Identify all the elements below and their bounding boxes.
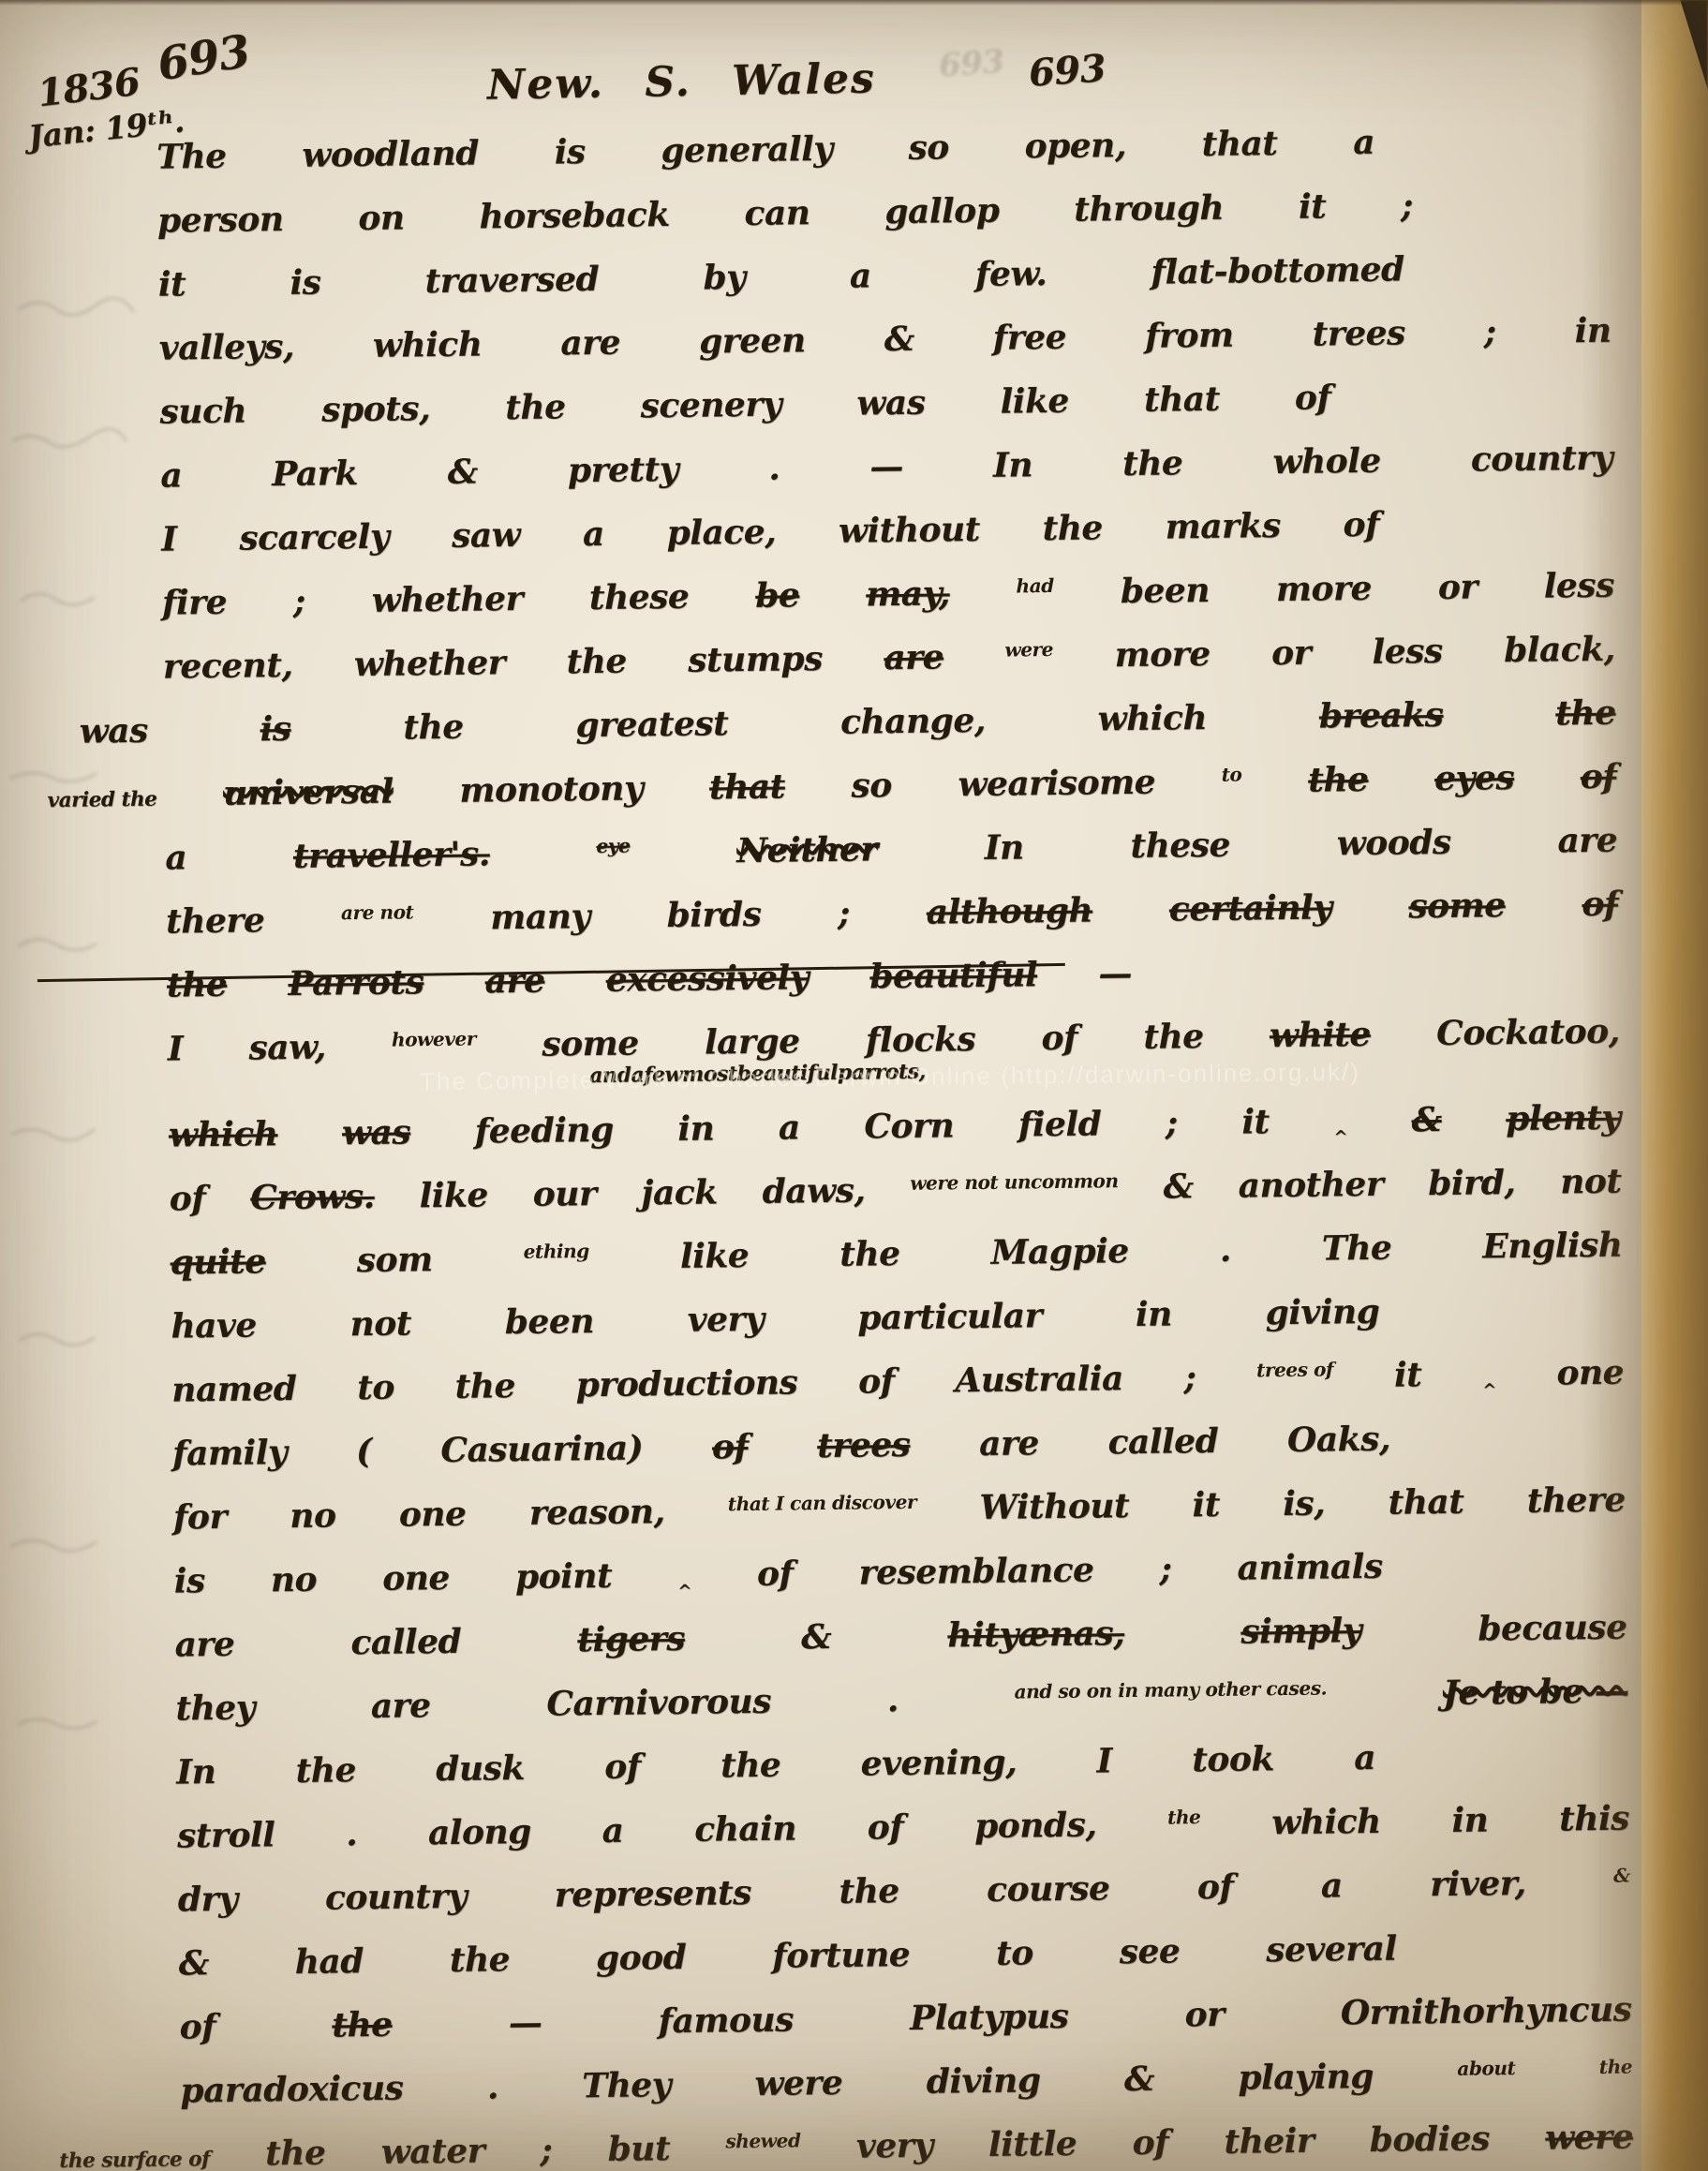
word: Oaks,	[1287, 1420, 1390, 1460]
word: Carnivorous	[546, 1682, 771, 1724]
word: The	[156, 137, 227, 177]
word: valleys,	[158, 327, 294, 368]
word: that	[1144, 379, 1220, 420]
word: of	[604, 1747, 641, 1786]
word: one	[399, 1494, 467, 1535]
word: Without	[979, 1486, 1129, 1527]
manuscript-photo: { "page": { "year": "1836", "folio_top":…	[0, 0, 1708, 2171]
word: which	[169, 1114, 278, 1154]
word: are	[371, 1686, 431, 1726]
word: ponds,	[974, 1806, 1097, 1847]
word: several	[1266, 1929, 1397, 1970]
word: .	[1219, 1230, 1231, 1270]
word: gallop	[884, 191, 1000, 231]
word: evening,	[860, 1743, 1017, 1784]
word: simply	[1240, 1611, 1361, 1652]
word: the	[505, 387, 566, 427]
word: were not uncommon	[910, 1169, 1119, 1195]
word: that	[1388, 1482, 1463, 1523]
word: white	[1270, 1015, 1371, 1055]
page-curve-shadow	[1582, 0, 1641, 2171]
word: the	[1042, 508, 1103, 548]
word: diving	[926, 2060, 1040, 2101]
word: tigers	[577, 1619, 685, 1659]
word: our	[533, 1174, 597, 1214]
word: no	[271, 1560, 318, 1600]
word: large	[705, 1021, 800, 1062]
word: had	[1016, 574, 1054, 597]
word: (	[356, 1432, 372, 1471]
word: very	[856, 2126, 933, 2166]
word: are	[884, 637, 943, 677]
word: named	[171, 1369, 297, 1410]
word: .	[487, 2067, 499, 2106]
word: change,	[840, 701, 986, 742]
word: green	[699, 320, 806, 361]
word: however	[392, 1028, 476, 1051]
word: or	[1184, 1995, 1224, 2035]
word: that	[709, 766, 785, 807]
word: and so on in many other cases.	[1014, 1676, 1327, 1703]
word: without	[839, 510, 980, 551]
word: person	[157, 200, 284, 241]
word: —	[509, 2003, 542, 2043]
word: is	[554, 132, 585, 171]
word: was	[79, 711, 148, 751]
word: through	[1074, 188, 1224, 230]
word: Australia	[955, 1359, 1123, 1400]
word: another	[1238, 1165, 1383, 1206]
word: In	[984, 827, 1024, 868]
word: ;	[293, 582, 305, 621]
word: in	[1451, 1800, 1488, 1839]
word: the	[332, 2005, 393, 2045]
word: took	[1192, 1739, 1274, 1779]
word: &	[884, 320, 914, 359]
word: birds	[666, 895, 761, 935]
word: in	[677, 1108, 714, 1148]
word: a	[1321, 1866, 1343, 1905]
word: open,	[1024, 126, 1126, 166]
word: these	[1130, 825, 1230, 866]
word: of	[712, 1427, 749, 1466]
word: little	[988, 2124, 1077, 2164]
word: it	[1241, 1102, 1270, 1141]
word: called	[350, 1622, 461, 1662]
word: playing	[1238, 2057, 1374, 2098]
word: their	[1224, 2121, 1314, 2162]
word: bird,	[1428, 1163, 1516, 1203]
word: place,	[666, 513, 776, 553]
word: fire	[162, 583, 228, 623]
word: very	[687, 1300, 764, 1340]
word: Platypus	[910, 1997, 1069, 2038]
word: can	[744, 193, 809, 233]
word: whether	[354, 643, 506, 684]
word: of	[170, 1179, 206, 1218]
word: traversed	[424, 260, 599, 301]
word: it	[158, 264, 186, 304]
word: paradoxicus	[180, 2069, 403, 2111]
word: that	[1201, 124, 1277, 164]
word: monotony	[459, 768, 644, 810]
word: point	[515, 1556, 613, 1597]
word: hityænas,	[947, 1613, 1124, 1655]
word: of	[1295, 378, 1331, 417]
word: of	[757, 1554, 794, 1593]
word: by	[703, 258, 746, 298]
word: saw,	[248, 1027, 326, 1067]
word: spots,	[321, 389, 430, 429]
word: many	[490, 897, 590, 937]
word: which	[1271, 1802, 1381, 1842]
word: it	[1394, 1355, 1422, 1394]
word: had	[294, 1941, 364, 1982]
word: chain	[694, 1808, 796, 1849]
word: .	[346, 1814, 358, 1853]
word: so	[851, 766, 892, 806]
word: was	[856, 383, 926, 424]
word: the	[450, 1940, 511, 1980]
word: the	[566, 642, 627, 682]
word: Park	[272, 454, 358, 494]
word: they	[175, 1688, 255, 1728]
word: good	[596, 1938, 687, 1978]
word: are not	[341, 900, 414, 924]
word: in	[1136, 1294, 1172, 1333]
word: to	[996, 1933, 1033, 1972]
word: productions	[575, 1362, 797, 1405]
word: these	[589, 577, 690, 617]
word: it	[1192, 1485, 1220, 1524]
word: stumps	[688, 639, 823, 680]
word: ;	[838, 894, 850, 933]
word: a	[583, 514, 604, 554]
word: to	[1222, 764, 1242, 786]
word: that I can discover	[728, 1491, 917, 1515]
word: field	[1018, 1104, 1102, 1144]
word: varied the	[47, 788, 156, 812]
word: like	[419, 1175, 488, 1215]
word: &	[178, 1943, 209, 1983]
word: breaks	[1319, 695, 1444, 736]
word: woodland	[302, 133, 479, 174]
word: certainly	[1169, 887, 1332, 929]
word: called	[1107, 1421, 1218, 1462]
word: trees	[817, 1425, 911, 1465]
word: jack	[641, 1172, 718, 1212]
word: course	[987, 1868, 1110, 1910]
word: They	[582, 2065, 671, 2105]
word: few.	[975, 254, 1047, 294]
word: which	[373, 324, 483, 364]
word: daws,	[762, 1170, 865, 1211]
word: the	[265, 2134, 326, 2171]
word: are	[174, 1625, 234, 1665]
word: so	[908, 127, 949, 168]
word: quite	[170, 1242, 266, 1282]
word: recent,	[163, 646, 293, 687]
word: of	[868, 1807, 904, 1847]
word: ;	[1401, 186, 1413, 225]
word: trees	[1312, 313, 1405, 353]
word: were	[754, 2063, 842, 2104]
word: one	[382, 1558, 450, 1599]
word: horseback	[479, 195, 670, 236]
word: is	[290, 263, 320, 303]
word: dry	[178, 1880, 238, 1920]
word: free	[993, 318, 1067, 358]
word: see	[1119, 1931, 1180, 1971]
word: ;	[1159, 1550, 1171, 1589]
word: flat-bottomed	[1151, 249, 1404, 291]
word: along	[428, 1812, 531, 1852]
word: &	[1124, 2059, 1155, 2099]
word: a	[165, 838, 186, 877]
word: are	[484, 961, 544, 1002]
word: trees of	[1256, 1358, 1333, 1381]
word: whole	[1272, 441, 1381, 482]
word: ;	[1166, 1103, 1178, 1142]
word: no	[290, 1495, 336, 1536]
word: traveller's.	[293, 834, 490, 876]
word: of	[858, 1361, 895, 1401]
word: a	[1353, 123, 1374, 162]
word: Corn	[864, 1106, 954, 1146]
word: Crows.	[250, 1177, 375, 1218]
word: &	[1411, 1100, 1442, 1139]
word: on	[358, 198, 405, 238]
word: or	[1438, 567, 1478, 607]
word: feeding	[475, 1110, 615, 1152]
word: &	[1163, 1167, 1194, 1206]
word: or	[1271, 633, 1311, 674]
ghost-folio-number: 693	[938, 43, 1005, 85]
word: ething	[523, 1240, 588, 1263]
word: stroll	[177, 1815, 275, 1855]
word: The	[1322, 1228, 1392, 1269]
word: ;	[1183, 1358, 1196, 1397]
word: In	[993, 445, 1033, 485]
word: such	[159, 391, 246, 431]
word: whether	[371, 579, 523, 620]
word: more	[1276, 569, 1372, 609]
book-page-edges	[1641, 0, 1708, 2171]
word: a	[1354, 1738, 1375, 1777]
word: of	[179, 2007, 215, 2046]
word: shewed	[725, 2129, 800, 2152]
word: Neither	[736, 829, 878, 870]
word: resemblance	[858, 1551, 1093, 1593]
word: fortune	[772, 1935, 910, 1976]
word: marks	[1165, 506, 1281, 547]
word: for	[173, 1497, 227, 1538]
word: like	[1000, 381, 1069, 422]
word: of	[1132, 2123, 1168, 2163]
word: was	[342, 1112, 411, 1152]
word: represents	[555, 1873, 752, 1915]
word: reason,	[529, 1492, 665, 1533]
word: were	[1004, 638, 1053, 662]
word: which	[1097, 698, 1207, 738]
word: country	[325, 1877, 468, 1918]
word: but	[607, 2129, 670, 2169]
word: the	[1308, 760, 1369, 800]
word: universal	[223, 772, 394, 813]
word: a	[160, 455, 182, 495]
word: are	[979, 1423, 1039, 1464]
word: particular	[857, 1296, 1042, 1337]
word: scenery	[640, 385, 781, 426]
word: is	[174, 1561, 205, 1600]
word: Casuarina)	[440, 1428, 643, 1470]
word: some	[1408, 885, 1506, 926]
word: eye	[596, 835, 630, 857]
word: famous	[658, 2000, 794, 2041]
word: may,	[866, 573, 950, 614]
word: family	[172, 1433, 288, 1473]
word: of	[1343, 505, 1379, 544]
word: the	[1122, 443, 1183, 483]
word: &	[801, 1617, 832, 1657]
word: been	[1121, 571, 1210, 611]
word: dusk	[436, 1748, 525, 1789]
word: Parrots	[288, 962, 423, 1004]
word: been	[504, 1301, 594, 1342]
word: about	[1457, 2057, 1515, 2080]
word: the	[295, 1750, 356, 1791]
word: the	[1143, 1017, 1204, 1057]
word: are	[560, 323, 620, 364]
word: there	[166, 900, 265, 941]
word: the	[839, 1234, 900, 1274]
word: ^	[1482, 1380, 1496, 1400]
word: animals	[1237, 1547, 1383, 1588]
word: have	[171, 1305, 257, 1346]
word: .	[887, 1680, 899, 1719]
word: it	[1299, 186, 1327, 226]
word: less	[1372, 632, 1443, 672]
word: the	[167, 965, 228, 1005]
word: Magpie	[990, 1231, 1129, 1272]
word: more	[1114, 634, 1210, 675]
word: a	[602, 1811, 623, 1851]
word: the	[720, 1746, 781, 1786]
word: ;	[1484, 312, 1496, 351]
word: greatest	[575, 704, 728, 745]
word: to	[357, 1368, 394, 1407]
word: generally	[661, 129, 833, 171]
word: a	[850, 256, 871, 295]
word: like	[680, 1236, 750, 1276]
word: the surface of	[59, 2148, 210, 2171]
word: the	[403, 707, 464, 748]
word: In	[176, 1752, 216, 1792]
word: water	[380, 2132, 484, 2171]
word: I	[161, 519, 177, 558]
word: is,	[1283, 1484, 1325, 1524]
word: of	[1197, 1867, 1234, 1907]
word: the	[454, 1366, 515, 1406]
word: pretty	[568, 450, 679, 490]
word: from	[1145, 316, 1234, 356]
word: the	[1167, 1806, 1201, 1828]
word: is	[260, 709, 290, 749]
word: giving	[1265, 1292, 1379, 1332]
word: the	[839, 1871, 899, 1911]
page-title: New. S. Wales	[487, 54, 877, 109]
word: a	[779, 1108, 800, 1147]
folio-number-right: 693	[1027, 46, 1106, 96]
word: I	[1096, 1741, 1112, 1780]
word: eyes	[1434, 758, 1515, 798]
word: woods	[1336, 823, 1450, 863]
word: beautiful	[869, 955, 1037, 996]
word: flocks	[866, 1019, 976, 1060]
word: .	[768, 449, 780, 488]
top-shadow-edge	[0, 0, 1708, 6]
word: som	[356, 1240, 432, 1280]
word: excessively	[605, 958, 809, 1000]
manuscript-body: Thewoodlandisgenerallysoopen,thataperson…	[16, 96, 1634, 2171]
word: I	[168, 1029, 184, 1068]
word: —	[1098, 954, 1132, 993]
word: wearisome	[958, 763, 1155, 805]
word: —	[869, 447, 903, 486]
word: bodies	[1369, 2119, 1490, 2160]
word: river,	[1430, 1864, 1526, 1904]
word: ;	[540, 2131, 552, 2170]
word: some	[542, 1023, 639, 1063]
word: not	[349, 1303, 411, 1344]
word: be	[755, 575, 800, 616]
word: of	[1041, 1019, 1077, 1058]
word: although	[926, 890, 1092, 931]
word: scarcely	[239, 517, 389, 558]
word: saw	[452, 515, 521, 556]
word: &	[447, 452, 478, 491]
